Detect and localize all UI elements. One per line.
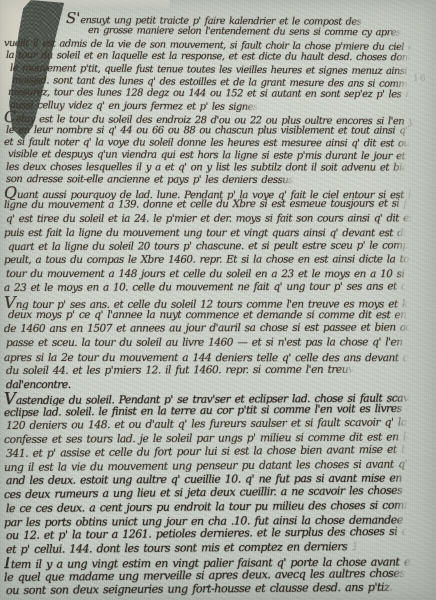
manuscript-line: de 1460 ans en 1507 et annees au jour d'… <box>4 322 410 338</box>
manuscript-line: a 23 et le moys en a 10. celle du mouvem… <box>4 280 406 296</box>
manuscript-photo: 16 S'ensuyt ung petit traicte p' faire k… <box>0 0 436 600</box>
manuscript-line: Vng tour p' ses ans. et celle du soleil … <box>4 295 408 310</box>
manuscript-line: ligne du mouvement a 139. donne et celle… <box>4 198 408 214</box>
manuscript-line: dal'encontre. <box>6 378 118 392</box>
manuscript-line: passe et sceu. la tour du soleil au livr… <box>6 336 408 351</box>
manuscript-line: q' est tiree du soleil et ia 24. le p'mi… <box>6 212 412 227</box>
manuscript-line: du soleil 44. et les p'miers 12. il fut … <box>6 363 354 378</box>
manuscript-line: quart et la ligne du soleil 20 tours p' … <box>8 239 408 255</box>
manuscript-line: peult, a tous du compas le Xbre 1460. re… <box>4 254 410 269</box>
manuscript-text-block: S'ensuyt ung petit traicte p' faire kale… <box>4 12 434 598</box>
manuscript-line: ou sont son deux seigneuries ung fort-ho… <box>6 581 396 598</box>
